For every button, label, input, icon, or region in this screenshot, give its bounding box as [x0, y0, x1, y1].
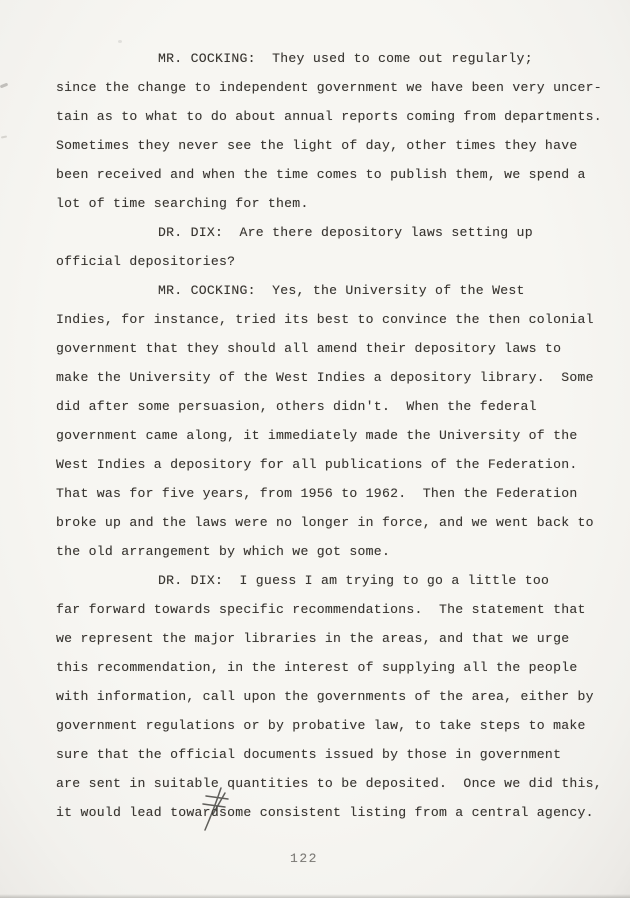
transcript-line: are sent in suitable quantities to be de…: [56, 769, 596, 798]
transcript-line: That was for five years, from 1956 to 19…: [56, 479, 596, 508]
transcript-line: DR. DIX: I guess I am trying to go a lit…: [56, 566, 596, 595]
transcript-line: sure that the official documents issued …: [56, 740, 596, 769]
scan-smudge: [118, 40, 122, 43]
transcript-line: lot of time searching for them.: [56, 189, 596, 218]
transcript-line: it would lead towardsome consistent list…: [56, 798, 596, 827]
document-page: MR. COCKING: They used to come out regul…: [0, 0, 630, 898]
transcript: MR. COCKING: They used to come out regul…: [56, 44, 596, 827]
transcript-line: make the University of the West Indies a…: [56, 363, 596, 392]
transcript-line: DR. DIX: Are there depository laws setti…: [56, 218, 596, 247]
transcript-line: with information, call upon the governme…: [56, 682, 596, 711]
transcript-line: broke up and the laws were no longer in …: [56, 508, 596, 537]
transcript-line: government regulations or by probative l…: [56, 711, 596, 740]
transcript-line: we represent the major libraries in the …: [56, 624, 596, 653]
scan-smudge: [1, 135, 7, 138]
transcript-line: official depositories?: [56, 247, 596, 276]
transcript-line: Indies, for instance, tried its best to …: [56, 305, 596, 334]
paragraph-dr-dix: DR. DIX: I guess I am trying to go a lit…: [56, 566, 596, 827]
transcript-line: government that they should all amend th…: [56, 334, 596, 363]
transcript-line: the old arrangement by which we got some…: [56, 537, 596, 566]
transcript-line: this recommendation, in the interest of …: [56, 653, 596, 682]
page-number: 122: [0, 851, 608, 867]
transcript-line: Sometimes they never see the light of da…: [56, 131, 596, 160]
transcript-line: MR. COCKING: They used to come out regul…: [56, 44, 596, 73]
transcript-line: far forward towards specific recommendat…: [56, 595, 596, 624]
scan-smudge: [0, 83, 8, 89]
paragraph-mr-cocking: MR. COCKING: They used to come out regul…: [56, 44, 596, 218]
transcript-line: did after some persuasion, others didn't…: [56, 392, 596, 421]
transcript-line: been received and when the time comes to…: [56, 160, 596, 189]
transcript-line: West Indies a depository for all publica…: [56, 450, 596, 479]
transcript-line: tain as to what to do about annual repor…: [56, 102, 596, 131]
transcript-line: MR. COCKING: Yes, the University of the …: [56, 276, 596, 305]
transcript-line: government came along, it immediately ma…: [56, 421, 596, 450]
paragraph-mr-cocking: MR. COCKING: Yes, the University of the …: [56, 276, 596, 566]
transcript-line: since the change to independent governme…: [56, 73, 596, 102]
paragraph-dr-dix: DR. DIX: Are there depository laws setti…: [56, 218, 596, 276]
